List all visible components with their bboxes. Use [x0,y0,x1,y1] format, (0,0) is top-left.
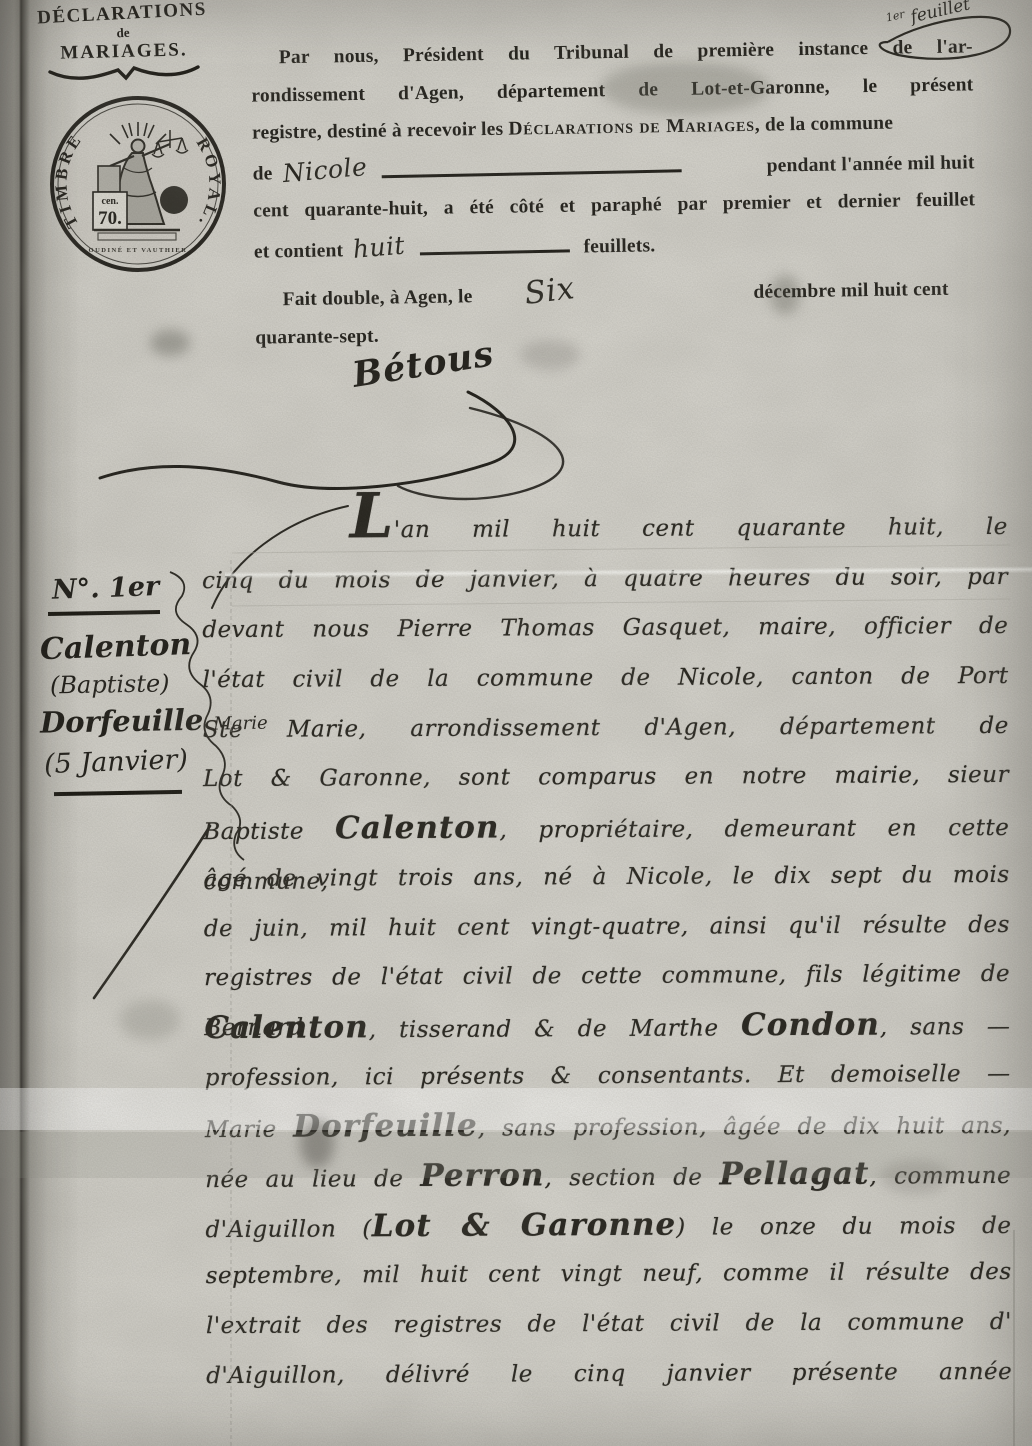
manuscript-line: Marie Dorfeuille, sans profession, âgée … [205,1099,1011,1153]
manuscript-line: d'Aiguillon, délivré le cinq janvier pré… [206,1348,1012,1402]
smudge [120,1000,180,1040]
heading-mariages: MARIAGES. [39,39,209,63]
commune-handwritten-value: Nicole [281,147,369,192]
stamp-globe [160,186,188,214]
signature-paraph [100,392,515,488]
manuscript-line: âgé de vingt trois ans, né à Nicole, le … [203,851,1009,905]
timbre-royal-stamp: TIMBRE ROYAL. [46,92,230,276]
groom-surname: Calenton [39,626,225,667]
margin-annotations: N°. 1er Calenton (Baptiste) Dorfeuille M… [40,572,225,795]
blank-rule [420,249,570,255]
printed-line-7-end: décembre mil huit cent [753,271,949,312]
groom-given-name: (Baptiste) [40,668,225,699]
printed-declarations-caps: Déclarations de Mariages [508,115,755,140]
stamp-cent-label: cen. [102,196,119,207]
manuscript-line: d'Aiguillon (Lot & Garonne) le onze du m… [205,1199,1011,1253]
stamp-pedestal [98,166,120,192]
stamp-denomination: cen. 70. [93,192,127,230]
stamp-engraver-label: OUDINÉ ET VAUTHIER [89,246,188,254]
manuscript-line: née au lieu de Perron, section de Pellag… [205,1149,1011,1203]
manuscript-line: L'an mil huit cent quarante huit, le [202,503,1008,557]
manuscript-body: L'an mil huit cent quarante huit, lecinq… [202,503,1013,1402]
margin-diagonal-stroke [94,826,210,998]
manuscript-line: registres de l'état civil de cette commu… [204,950,1010,1004]
smudge [150,330,190,356]
act-number: N°. 1er [40,569,226,606]
manuscript-line: Lot & Garonne, sont comparus en notre ma… [203,751,1009,805]
manuscript-line: profession, ici présents & consentants. … [205,1049,1011,1103]
manuscript-line: devant nous Pierre Thomas Gasquet, maire… [202,602,1008,656]
act-date: (5 Janvier) [40,743,226,780]
margin-rule [48,610,160,616]
folio-word: feuillet [909,0,972,27]
stamp-value-label: 70. [98,208,122,229]
margin-rule [54,790,182,796]
manuscript-line: cinq du mois de janvier, à quatre heures… [202,553,1008,607]
manuscript-line: de juin, mil huit cent vingt-quatre, ain… [204,900,1010,954]
feuillets-handwritten-value: huit [352,226,407,268]
blank-rule [381,169,681,178]
manuscript-line: l'état civil de la commune de Nicole, ca… [202,652,1008,706]
manuscript-line: l'extrait des registres de l'état civil … [206,1298,1012,1352]
folio-ordinal: 1er [885,8,906,25]
fait-double-label: Fait double, à Agen, le [254,278,472,319]
printed-intro: Par nous, Président du Tribunal de premi… [251,28,978,356]
register-page: DÉCLARATIONS de MARIAGES. TIMBRE ROYAL. [0,0,1032,1446]
manuscript-line: septembre, mil huit cent vingt neuf, com… [206,1248,1012,1302]
manuscript-line: Ste Marie, arrondissement d'Agen, départ… [203,702,1009,756]
bride-name: Dorfeuille Marie [40,702,226,739]
contient-label: et contient [254,232,344,271]
manuscript-line: Baptiste Calenton, propriétaire, demeura… [203,801,1009,855]
heading-swash-ornament [46,62,206,88]
commune-label: de [252,155,272,193]
printed-line-6-end: feuillets. [583,227,655,266]
printed-line-4-end: pendant l'année mil huit [766,144,975,185]
date-day-handwritten-value: Six [522,270,576,313]
document-type-heading: DÉCLARATIONS de MARIAGES. [37,0,210,66]
manuscript-line: Calenton, tisserand & de Marthe Condon, … [204,1000,1010,1054]
